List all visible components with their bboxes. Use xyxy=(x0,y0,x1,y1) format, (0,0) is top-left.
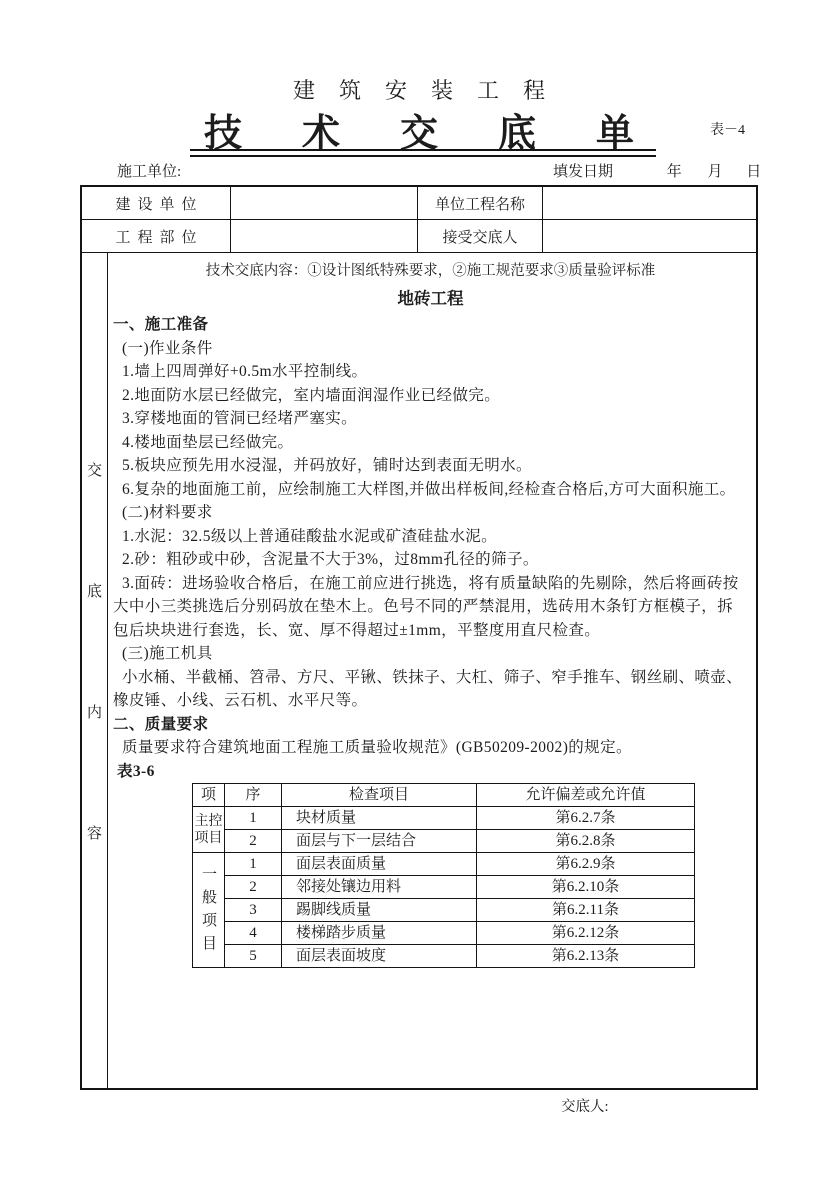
group-label-main: 主控项目 xyxy=(193,807,225,853)
item-cell: 邻接处镶边用料 xyxy=(282,876,477,899)
list-item: 小水桶、半截桶、笤帚、方尺、平锹、铁抹子、大杠、筛子、窄手推车、钢丝刷、喷壶、橡… xyxy=(113,666,748,713)
side-char: 容 xyxy=(87,822,102,843)
seq-cell: 5 xyxy=(225,945,282,968)
table-row: 一般项目 1 面层表面质量 第6.2.9条 xyxy=(193,853,695,876)
list-item: 1.墙上四周弹好+0.5m水平控制线。 xyxy=(113,360,748,384)
work-title: 地砖工程 xyxy=(113,285,748,313)
value-cell: 第6.2.9条 xyxy=(477,853,695,876)
subsection-title: (一)作业条件 xyxy=(113,337,748,361)
unit-project-name-value xyxy=(543,187,756,219)
quality-check-table: 项 序 检查项目 允许偏差或允许值 主控项目 1 块材质量 第6.2.7条 2 … xyxy=(192,783,695,968)
side-vertical-label: 交 底 内 容 xyxy=(82,253,108,1088)
list-item: 3.穿楼地面的管洞已经堵严塞实。 xyxy=(113,407,748,431)
disclosure-receiver-value xyxy=(543,220,756,252)
seq-cell: 2 xyxy=(225,876,282,899)
item-cell: 面层表面坡度 xyxy=(282,945,477,968)
value-cell: 第6.2.7条 xyxy=(477,807,695,830)
doc-category-title: 建筑安装工程 xyxy=(0,74,838,105)
value-cell: 第6.2.12条 xyxy=(477,922,695,945)
list-item: 1.水泥：32.5级以上普通硅酸盐水泥或矿渣硅盐水泥。 xyxy=(113,525,748,549)
disclosure-content: 技术交底内容：①设计图纸特殊要求，②施工规范要求③质量验评标准 地砖工程 一、施… xyxy=(108,253,756,1088)
table-row: 5 面层表面坡度 第6.2.13条 xyxy=(193,945,695,968)
issue-date-label: 填发日期 xyxy=(553,164,613,180)
seq-cell: 1 xyxy=(225,807,282,830)
group-label-general: 一般项目 xyxy=(193,853,225,968)
table-row: 2 面层与下一层结合 第6.2.8条 xyxy=(193,830,695,853)
title-double-underline xyxy=(190,149,656,157)
section-heading: 一、施工准备 xyxy=(113,313,748,337)
value-cell: 第6.2.13条 xyxy=(477,945,695,968)
subsection-title: (二)材料要求 xyxy=(113,501,748,525)
form-number: 表－4 xyxy=(710,119,745,139)
list-item: 2.砂：粗砂或中砂，含泥量不大于3%，过8mm孔径的筛子。 xyxy=(113,548,748,572)
table-row: 4 楼梯踏步质量 第6.2.12条 xyxy=(193,922,695,945)
construction-org-value xyxy=(231,187,418,219)
list-item: 4.楼地面垫层已经做完。 xyxy=(113,431,748,455)
subsection-title: (三)施工机具 xyxy=(113,642,748,666)
item-cell: 块材质量 xyxy=(282,807,477,830)
table-row: 2 邻接处镶边用料 第6.2.10条 xyxy=(193,876,695,899)
unit-project-name-label: 单位工程名称 xyxy=(418,187,543,219)
form-row-1: 建设单位 单位工程名称 xyxy=(82,187,756,220)
seq-cell: 4 xyxy=(225,922,282,945)
list-item: 2.地面防水层已经做完，室内墙面润湿作业已经做完。 xyxy=(113,384,748,408)
form-row-2: 工程部位 接受交底人 xyxy=(82,220,756,253)
body-text: 质量要求符合建筑地面工程施工质量验收规范》(GB50209-2002)的规定。 xyxy=(113,736,748,760)
project-part-label: 工程部位 xyxy=(82,220,231,252)
month-label: 月 xyxy=(708,164,723,180)
table-row: 3 踢脚线质量 第6.2.11条 xyxy=(193,899,695,922)
item-cell: 踢脚线质量 xyxy=(282,899,477,922)
col-header-category: 项 xyxy=(193,784,225,807)
day-label: 日 xyxy=(746,164,761,180)
discloser-signature-label: 交底人: xyxy=(561,1095,609,1116)
form-box: 建设单位 单位工程名称 工程部位 接受交底人 交 底 内 容 技术交底内容：①设… xyxy=(80,185,758,1090)
side-char: 交 xyxy=(87,459,102,480)
disclosure-intro: 技术交底内容：①设计图纸特殊要求，②施工规范要求③质量验评标准 xyxy=(113,259,748,283)
side-char: 内 xyxy=(87,701,102,722)
item-cell: 面层表面质量 xyxy=(282,853,477,876)
disclosure-receiver-label: 接受交底人 xyxy=(418,220,543,252)
value-cell: 第6.2.10条 xyxy=(477,876,695,899)
document-page: 建筑安装工程 技术交底单 表－4 施工单位: 填发日期 年 月 日 建设单位 单… xyxy=(0,0,838,1186)
col-header-item: 检查项目 xyxy=(282,784,477,807)
construction-unit-label: 施工单位: xyxy=(117,160,181,181)
seq-cell: 3 xyxy=(225,899,282,922)
item-cell: 面层与下一层结合 xyxy=(282,830,477,853)
value-cell: 第6.2.8条 xyxy=(477,830,695,853)
table-label: 表3-6 xyxy=(113,760,748,784)
disclosure-body: 交 底 内 容 技术交底内容：①设计图纸特殊要求，②施工规范要求③质量验评标准 … xyxy=(82,253,756,1088)
year-label: 年 xyxy=(667,164,682,180)
item-cell: 楼梯踏步质量 xyxy=(282,922,477,945)
table-header-row: 项 序 检查项目 允许偏差或允许值 xyxy=(193,784,695,807)
seq-cell: 2 xyxy=(225,830,282,853)
list-item: 3.面砖：进场验收合格后，在施工前应进行挑选，将有质量缺陷的先剔除，然后将画砖按… xyxy=(113,572,748,643)
project-part-value xyxy=(231,220,418,252)
value-cell: 第6.2.11条 xyxy=(477,899,695,922)
col-header-seq: 序 xyxy=(225,784,282,807)
side-char: 底 xyxy=(87,580,102,601)
seq-cell: 1 xyxy=(225,853,282,876)
list-item: 5.板块应预先用水浸湿，并码放好，铺时达到表面无明水。 xyxy=(113,454,748,478)
list-item: 6.复杂的地面施工前，应绘制施工大样图,并做出样板间,经检查合格后,方可大面积施… xyxy=(113,478,748,502)
col-header-value: 允许偏差或允许值 xyxy=(477,784,695,807)
construction-org-label: 建设单位 xyxy=(82,187,231,219)
issue-date-row: 填发日期 年 月 日 xyxy=(553,160,761,181)
table-row: 主控项目 1 块材质量 第6.2.7条 xyxy=(193,807,695,830)
section-heading: 二、质量要求 xyxy=(113,713,748,737)
